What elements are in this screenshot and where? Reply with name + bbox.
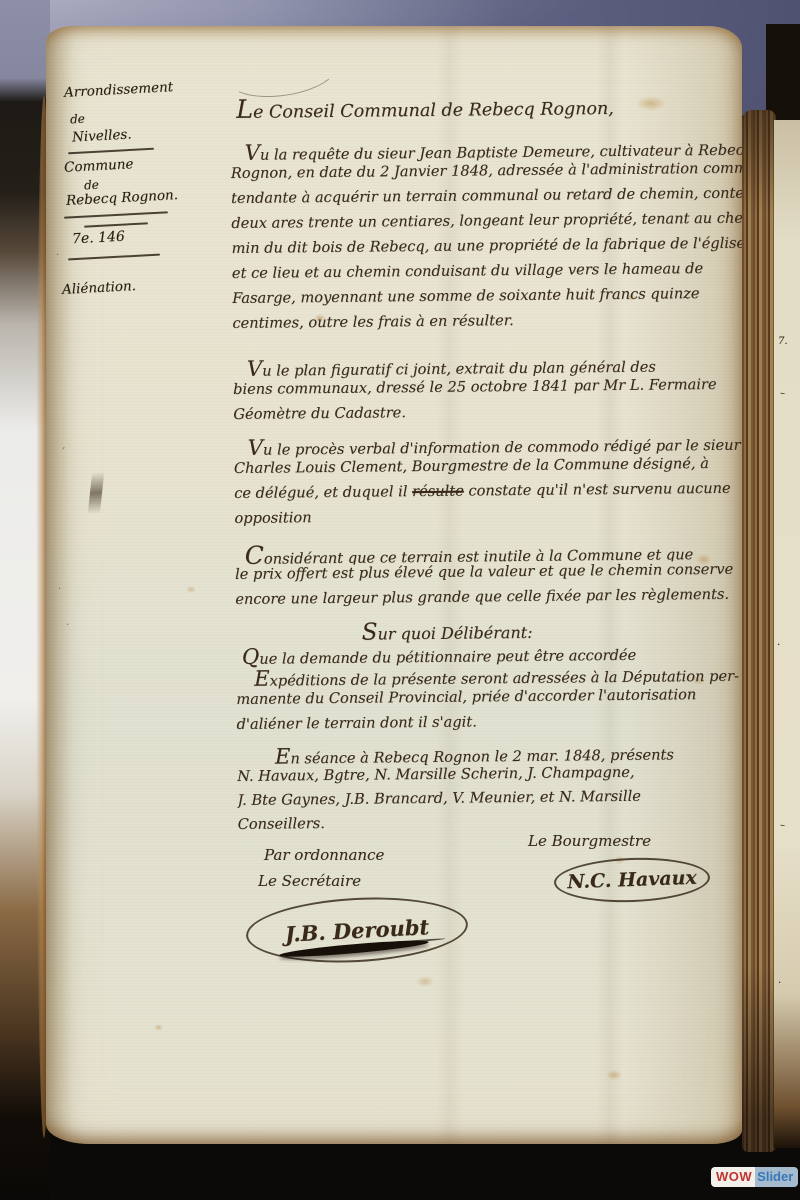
margin-de: de — [70, 112, 86, 127]
edge-ink-mark: · — [778, 978, 781, 989]
wowslider-slider-text: Slider — [755, 1167, 798, 1187]
manuscript-photo: 7. – · – · · ‚ · · Arrondissement de Niv… — [0, 0, 800, 1200]
foxing-spot — [186, 586, 196, 593]
margin-arrondissement: Arrondissement — [64, 79, 174, 101]
margin-alienation: Aliénation. — [62, 278, 137, 298]
foxing-spot — [154, 1024, 163, 1031]
struck-word: résulte — [412, 483, 464, 501]
text-line: Conseillers. — [238, 811, 742, 840]
document-title: Le Conseil Communal de Rebecq Rognon, — [236, 90, 614, 124]
edge-ink-mark: – — [779, 820, 785, 832]
paragraph-plan: Vu le plan figuratif ci joint, extrait d… — [233, 351, 742, 431]
margin-number-146: 7e. 146 — [72, 229, 126, 248]
wowslider-watermark[interactable]: WOW Slider — [711, 1167, 798, 1187]
par-ordonnance-label: Par ordonnance — [264, 846, 384, 864]
margin-de: de — [84, 178, 100, 193]
margin-commune: Commune — [64, 156, 134, 176]
bleed-through-mark: · — [66, 620, 69, 631]
manuscript-page: · ‚ · · Arrondissement de Nivelles. Comm… — [46, 26, 742, 1144]
margin-underline — [68, 148, 154, 154]
margin-overline — [84, 222, 148, 227]
bourgmestre-signature-flourish: N.C. Havaux — [553, 855, 710, 904]
edge-ink-mark: · — [777, 640, 780, 651]
paragraph-requete: Vu la requête du sieur Jean Baptiste Dem… — [230, 135, 742, 340]
wowslider-wow-text: WOW — [711, 1167, 755, 1187]
foxing-spot — [606, 1070, 622, 1080]
text-segment: ce délégué, et duquel il — [234, 483, 412, 502]
next-page-edge: 7. – · – · — [774, 120, 800, 1148]
margin-nivelles: Nivelles. — [72, 126, 132, 145]
bleed-through-mark: ‚ — [62, 440, 65, 451]
book-fore-edge-pages — [742, 110, 776, 1152]
text-line: encore une largeur plus grande que celle… — [235, 586, 742, 616]
text-line: Géomètre du Cadastre. — [233, 401, 742, 431]
paragraph-proces-verbal: Vu le procès verbal d'information de com… — [234, 430, 742, 535]
foxing-spot — [416, 976, 434, 987]
foxing-spot — [636, 96, 666, 111]
bourgmestre-role-label: Le Bourgmestre — [528, 832, 651, 850]
gutter-ink-smudge — [87, 464, 105, 523]
bleed-through-mark: · — [56, 250, 59, 261]
margin-underline — [68, 254, 160, 261]
paragraph-seance: En séance à Rebecq Rognon le 2 mar. 1848… — [237, 739, 742, 840]
text-segment: constate qu'il n'est survenu aucune — [464, 480, 731, 500]
paragraph-expeditions: Expéditions de la présente seront adress… — [236, 661, 742, 741]
text-line: centimes, outre les frais à en résulter. — [232, 310, 742, 340]
edge-ink-mark: – — [779, 388, 785, 400]
bourgmestre-signature: N.C. Havaux — [567, 867, 697, 894]
paragraph-considerant: Considérant que ce terrain est inutile à… — [235, 536, 742, 616]
margin-rebecq-rognon: Rebecq Rognon. — [66, 187, 179, 209]
text-line: opposition — [234, 505, 742, 535]
secretaire-signature-flourish: J.B. Deroubt — [244, 892, 469, 968]
edge-ink-mark: 7. — [778, 336, 788, 347]
secretaire-role-label: Le Secrétaire — [258, 872, 361, 890]
text-line: d'aliéner le terrain dont il s'agit. — [237, 711, 742, 741]
margin-underline — [64, 211, 168, 218]
bleed-through-mark: · — [58, 584, 61, 595]
